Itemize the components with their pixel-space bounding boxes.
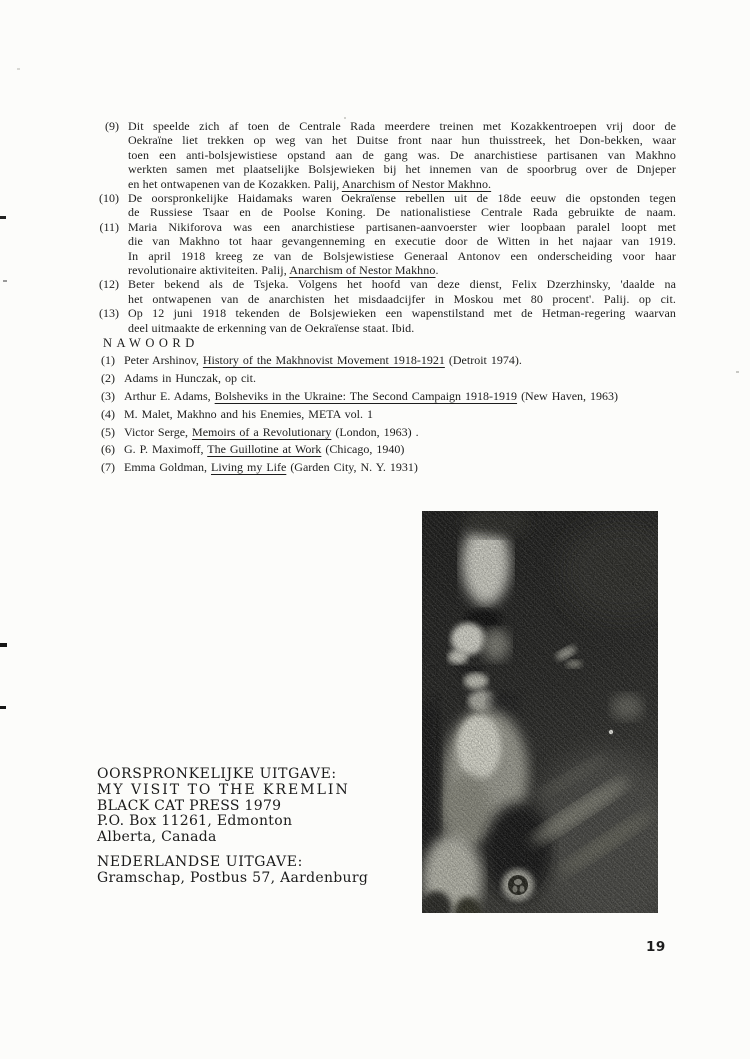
- text-run: De oorspronkelijke Haidamaks waren Oekra…: [128, 191, 676, 205]
- original-edition-title: MY VISIT TO THE KREMLIN: [97, 783, 368, 799]
- text-run: (Chicago, 1940): [321, 442, 404, 456]
- notes-list: (9)Dit speelde zich af toen de Centrale …: [98, 119, 686, 335]
- original-edition-region: Alberta, Canada: [97, 830, 368, 846]
- publication-info: OORSPRONKELIJKE UITGAVE: MY VISIT TO THE…: [97, 767, 368, 887]
- text-run: deel uitmaakte de erkenning van de Oekra…: [128, 321, 414, 335]
- footnote: (11)Maria Nikiforova was een anarchistie…: [98, 220, 686, 278]
- text-line: werkten samen met plaatselijke Bolsjewie…: [128, 162, 676, 176]
- reference-text: Arthur E. Adams, Bolsheviks in the Ukrai…: [124, 390, 618, 403]
- text-line: deel uitmaakte de erkenning van de Oekra…: [128, 321, 676, 335]
- text-run: (London, 1963) .: [331, 425, 418, 439]
- text-line: de Russiese Tsaar en de Poolse Koning. D…: [128, 205, 676, 219]
- text-run: die van Makhno tot haar gevangenneming e…: [128, 234, 676, 248]
- reference-text: Peter Arshinov, History of the Makhnovis…: [124, 354, 522, 367]
- footnote-text: Maria Nikiforova was een anarchistiese p…: [128, 220, 676, 278]
- text-run: Victor Serge,: [124, 425, 192, 439]
- text-run: revolutionaire aktiviteiten. Palij,: [128, 263, 289, 277]
- text-line: Maria Nikiforova was een anarchistiese p…: [128, 220, 676, 234]
- reference-number: (3): [100, 390, 124, 403]
- original-edition-address: P.O. Box 11261, Edmonton: [97, 814, 368, 830]
- text-line: De oorspronkelijke Haidamaks waren Oekra…: [128, 191, 676, 205]
- footnote-number: (10): [98, 191, 128, 220]
- text-line: toen een anti-bolsjewistiese opstand aan…: [128, 148, 676, 162]
- work-title: Memoirs of a Revolutionary: [192, 425, 331, 439]
- text-run: toen een anti-bolsjewistiese opstand aan…: [128, 148, 676, 162]
- footnote-number: (12): [98, 277, 128, 306]
- footnote: (10)De oorspronkelijke Haidamaks waren O…: [98, 191, 686, 220]
- scan-artifact: [0, 643, 7, 647]
- original-edition-publisher: BLACK CAT PRESS 1979: [97, 799, 368, 815]
- text-run: Oekraïne liet trekken op weg van het Dui…: [128, 133, 676, 147]
- text-run: M. Malet, Makhno and his Enemies, META v…: [124, 407, 373, 421]
- text-run: In april 1918 kreeg ze van de Bolsjewist…: [128, 249, 676, 263]
- scan-artifact: [3, 280, 7, 282]
- original-edition-label: OORSPRONKELIJKE UITGAVE:: [97, 767, 368, 783]
- reference-number: (6): [100, 443, 124, 456]
- footnote-text: Dit speelde zich af toen de Centrale Rad…: [128, 119, 676, 191]
- reference-number: (1): [100, 354, 124, 367]
- footnote: (13)Op 12 juni 1918 tekenden de Bolsjewi…: [98, 306, 686, 335]
- footnote-number: (11): [98, 220, 128, 278]
- reference-number: (7): [100, 461, 124, 474]
- text-line: In april 1918 kreeg ze van de Bolsjewist…: [128, 249, 676, 263]
- reference-number: (2): [100, 372, 124, 385]
- text-run: Arthur E. Adams,: [124, 389, 215, 403]
- text-run: het ontwapenen van de anarchisten het mi…: [128, 292, 676, 306]
- footnote-text: De oorspronkelijke Haidamaks waren Oekra…: [128, 191, 676, 220]
- text-line: die van Makhno tot haar gevangenneming e…: [128, 234, 676, 248]
- footnote-text: Op 12 juni 1918 tekenden de Bolsjewieken…: [128, 306, 676, 335]
- scan-artifact: [0, 216, 6, 219]
- reference-text: Emma Goldman, Living my Life (Garden Cit…: [124, 461, 418, 474]
- text-run: Peter Arshinov,: [124, 353, 203, 367]
- reference-text: M. Malet, Makhno and his Enemies, META v…: [124, 408, 373, 421]
- footnote-text: Beter bekend als de Tsjeka. Volgens het …: [128, 277, 676, 306]
- text-run: G. P. Maximoff,: [124, 442, 207, 456]
- reference-item: (4)M. Malet, Makhno and his Enemies, MET…: [100, 408, 700, 421]
- text-line: Beter bekend als de Tsjeka. Volgens het …: [128, 277, 676, 291]
- footnote-number: (9): [98, 119, 128, 191]
- reference-item: (6)G. P. Maximoff, The Guillotine at Wor…: [100, 443, 700, 456]
- page-number: 19: [646, 939, 666, 955]
- work-title: Anarchism of Nestor Makhno.: [342, 177, 491, 191]
- footnote: (12)Beter bekend als de Tsjeka. Volgens …: [98, 277, 686, 306]
- text-run: Adams in Hunczak, op cit.: [124, 371, 256, 385]
- text-line: het ontwapenen van de anarchisten het mi…: [128, 292, 676, 306]
- nawoord-list: (1)Peter Arshinov, History of the Makhno…: [100, 354, 700, 479]
- work-title: The Guillotine at Work: [207, 442, 321, 456]
- scan-artifact: [0, 706, 6, 709]
- text-run: (Garden City, N. Y. 1931): [286, 460, 418, 474]
- text-line: en het ontwapenen van de Kozakken. Palij…: [128, 177, 676, 191]
- scanned-document-page: (9)Dit speelde zich af toen de Centrale …: [0, 0, 750, 1059]
- reference-text: Adams in Hunczak, op cit.: [124, 372, 256, 385]
- text-line: Op 12 juni 1918 tekenden de Bolsjewieken…: [128, 306, 676, 320]
- portrait-photo: [422, 511, 658, 913]
- reference-item: (7)Emma Goldman, Living my Life (Garden …: [100, 461, 700, 474]
- footnote-number: (13): [98, 306, 128, 335]
- work-title: History of the Makhnovist Movement 1918-…: [203, 353, 445, 367]
- footnote: (9)Dit speelde zich af toen de Centrale …: [98, 119, 686, 191]
- text-run: .: [435, 263, 438, 277]
- reference-number: (5): [100, 426, 124, 439]
- reference-item: (2)Adams in Hunczak, op cit.: [100, 372, 700, 385]
- reference-item: (5)Victor Serge, Memoirs of a Revolution…: [100, 426, 700, 439]
- reference-number: (4): [100, 408, 124, 421]
- portrait-photo-art: [422, 511, 658, 913]
- text-run: werkten samen met plaatselijke Bolsjewie…: [128, 162, 676, 176]
- work-title: Bolsheviks in the Ukraine: The Second Ca…: [215, 389, 517, 403]
- work-title: Anarchism of Nestor Makhno: [289, 263, 435, 277]
- scan-artifact: [17, 68, 20, 70]
- work-title: Living my Life: [211, 460, 286, 474]
- text-line: Dit speelde zich af toen de Centrale Rad…: [128, 119, 676, 133]
- nawoord-heading: NAWOORD: [103, 336, 199, 351]
- text-run: Op 12 juni 1918 tekenden de Bolsjewieken…: [128, 306, 676, 320]
- reference-text: G. P. Maximoff, The Guillotine at Work (…: [124, 443, 404, 456]
- text-run: (New Haven, 1963): [517, 389, 618, 403]
- text-run: en het ontwapenen van de Kozakken. Palij…: [128, 177, 342, 191]
- scan-artifact: [344, 117, 346, 119]
- text-run: Maria Nikiforova was een anarchistiese p…: [128, 220, 676, 234]
- reference-text: Victor Serge, Memoirs of a Revolutionary…: [124, 426, 419, 439]
- dutch-edition-address: Gramschap, Postbus 57, Aardenburg: [97, 871, 368, 887]
- text-run: Beter bekend als de Tsjeka. Volgens het …: [128, 277, 676, 291]
- text-run: Dit speelde zich af toen de Centrale Rad…: [128, 119, 676, 133]
- reference-item: (1)Peter Arshinov, History of the Makhno…: [100, 354, 700, 367]
- text-run: (Detroit 1974).: [445, 353, 522, 367]
- reference-item: (3)Arthur E. Adams, Bolsheviks in the Uk…: [100, 390, 700, 403]
- text-run: Emma Goldman,: [124, 460, 211, 474]
- scan-artifact: [736, 371, 739, 373]
- text-line: Oekraïne liet trekken op weg van het Dui…: [128, 133, 676, 147]
- text-run: de Russiese Tsaar en de Poolse Koning. D…: [128, 205, 676, 219]
- text-line: revolutionaire aktiviteiten. Palij, Anar…: [128, 263, 676, 277]
- dutch-edition-label: NEDERLANDSE UITGAVE:: [97, 855, 368, 871]
